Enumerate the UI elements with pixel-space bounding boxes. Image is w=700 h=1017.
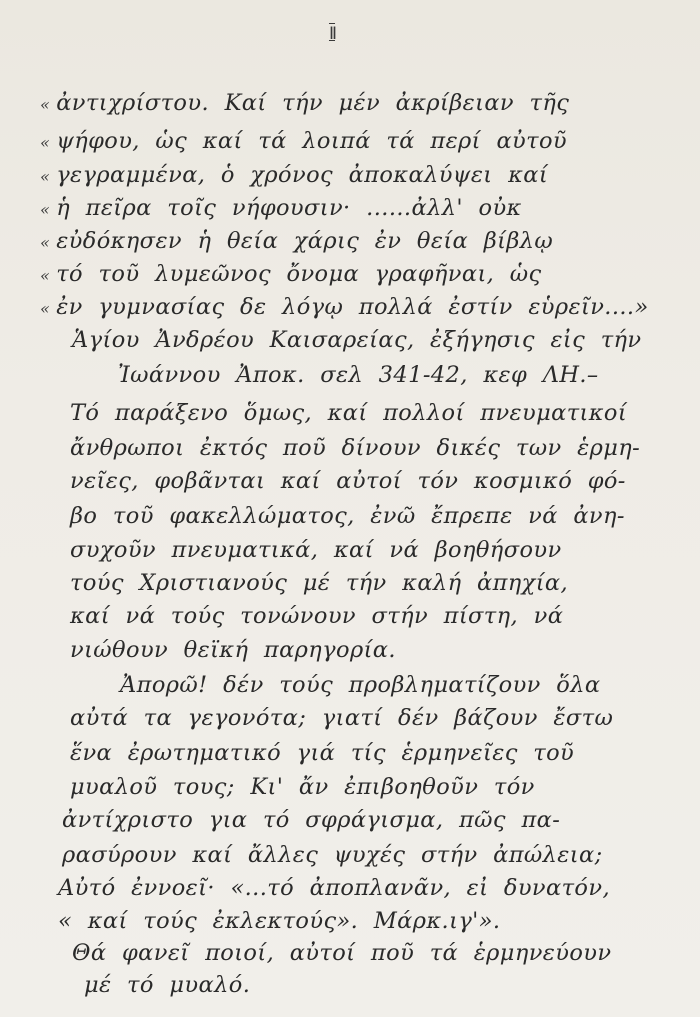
quote-text: τό τοῦ λυμεῶνος ὄνομα γραφῆναι, ὡς: [56, 261, 541, 287]
paragraph-line: νιώθουν θεϊκή παρηγορία.: [70, 635, 396, 665]
quote-mark: «: [40, 266, 50, 285]
quote-text: ἐν γυμνασίας δε λόγῳ πολλά ἐστίν εὑρεῖν.…: [56, 294, 648, 320]
quote-line: «γεγραμμένα, ὁ χρόνος ἀποκαλύψει καί: [40, 160, 548, 192]
quote-line: «ἐν γυμνασίας δε λόγῳ πολλά ἐστίν εὑρεῖν…: [40, 292, 649, 324]
paragraph-line: ἄνθρωποι ἐκτός ποῦ δίνουν δικές των ἑρμη…: [70, 433, 640, 463]
quote-mark: «: [40, 95, 50, 114]
quote-text: εὐδόκησεν ἡ θεία χάρις ἐν θεία βίβλῳ: [56, 228, 553, 254]
citation-line: Ἁγίου Ἀνδρέου Καισαρείας, ἐξήγησις εἰς τ…: [72, 325, 642, 355]
quote-line: «ψήφου, ὡς καί τά λοιπά τά περί αὐτοῦ: [40, 126, 567, 158]
paragraph-line: συχοῦν πνευματικά, καί νά βοηθήσουν: [70, 535, 562, 565]
paragraph-line: « καί τούς ἐκλεκτούς». Μάρκ.ιγ'».: [58, 906, 500, 936]
quote-mark: «: [40, 200, 50, 219]
quote-text: ἡ πεῖρα τοῖς νήφουσιν· ......ἀλλ' οὐκ: [56, 195, 522, 221]
paragraph-line: μυαλοῦ τους; Κι' ἄν ἐπιβοηθοῦν τόν: [70, 772, 535, 802]
quote-line: «εὐδόκησεν ἡ θεία χάρις ἐν θεία βίβλῳ: [40, 226, 553, 258]
paragraph-line: Ἀπορῶ! δέν τούς προβληματίζουν ὅλα: [120, 670, 600, 700]
quote-mark: «: [40, 167, 50, 186]
quote-mark: «: [40, 133, 50, 152]
quote-mark: «: [40, 233, 50, 252]
paragraph-line: ἀντίχριστο για τό σφράγισμα, πῶς πα-: [62, 805, 560, 835]
paragraph-line: αὐτά τα γεγονότα; γιατί δέν βάζουν ἔστω: [70, 703, 613, 733]
paragraph-line: καί νά τούς τονώνουν στήν πίστη, νά: [70, 601, 563, 631]
quote-mark: «: [40, 299, 50, 318]
quote-text: γεγραμμένα, ὁ χρόνος ἀποκαλύψει καί: [56, 162, 548, 188]
quote-line: «τό τοῦ λυμεῶνος ὄνομα γραφῆναι, ὡς: [40, 259, 542, 291]
quote-text: ψήφου, ὡς καί τά λοιπά τά περί αὐτοῦ: [56, 128, 567, 154]
citation-line: Ἰωάννου Ἀποκ. σελ 341-42, κεφ ΛΗ.–: [118, 360, 599, 390]
paragraph-line: νεῖες, φοβᾶνται καί αὐτοί τόν κοσμικό φό…: [70, 466, 626, 496]
quote-text: ἀντιχρίστου. Καί τήν μέν ἀκρίβειαν τῆς: [56, 90, 569, 116]
paragraph-line: βο τοῦ φακελλώματος, ἐνῶ ἔπρεπε νά ἀνη-: [70, 501, 625, 531]
paragraph-line: Αὐτό ἐννοεῖ· «...τό ἀποπλανᾶν, εἰ δυνατό…: [58, 873, 610, 903]
paragraph-line: ρασύρουν καί ἄλλες ψυχές στήν ἀπώλεια;: [62, 840, 603, 870]
quote-line: «ἡ πεῖρα τοῖς νήφουσιν· ......ἀλλ' οὐκ: [40, 193, 522, 225]
paragraph-line: μέ τό μυαλό.: [84, 970, 250, 1000]
manuscript-page: II «ἀντιχρίστου. Καί τήν μέν ἀκρίβειαν τ…: [0, 0, 700, 1017]
quote-line: «ἀντιχρίστου. Καί τήν μέν ἀκρίβειαν τῆς: [40, 88, 569, 120]
paragraph-line: ἕνα ἐρωτηματικό γιά τίς ἑρμηνεῖες τοῦ: [70, 738, 574, 768]
paragraph-line: τούς Χριστιανούς μέ τήν καλή ἀπηχία,: [70, 568, 568, 598]
paragraph-line: Τό παράξενο ὅμως, καί πολλοί πνευματικοί: [70, 398, 627, 428]
page-number: II: [312, 24, 352, 44]
paragraph-line: Θά φανεῖ ποιοί, αὐτοί ποῦ τά ἑρμηνεύουν: [72, 938, 611, 968]
